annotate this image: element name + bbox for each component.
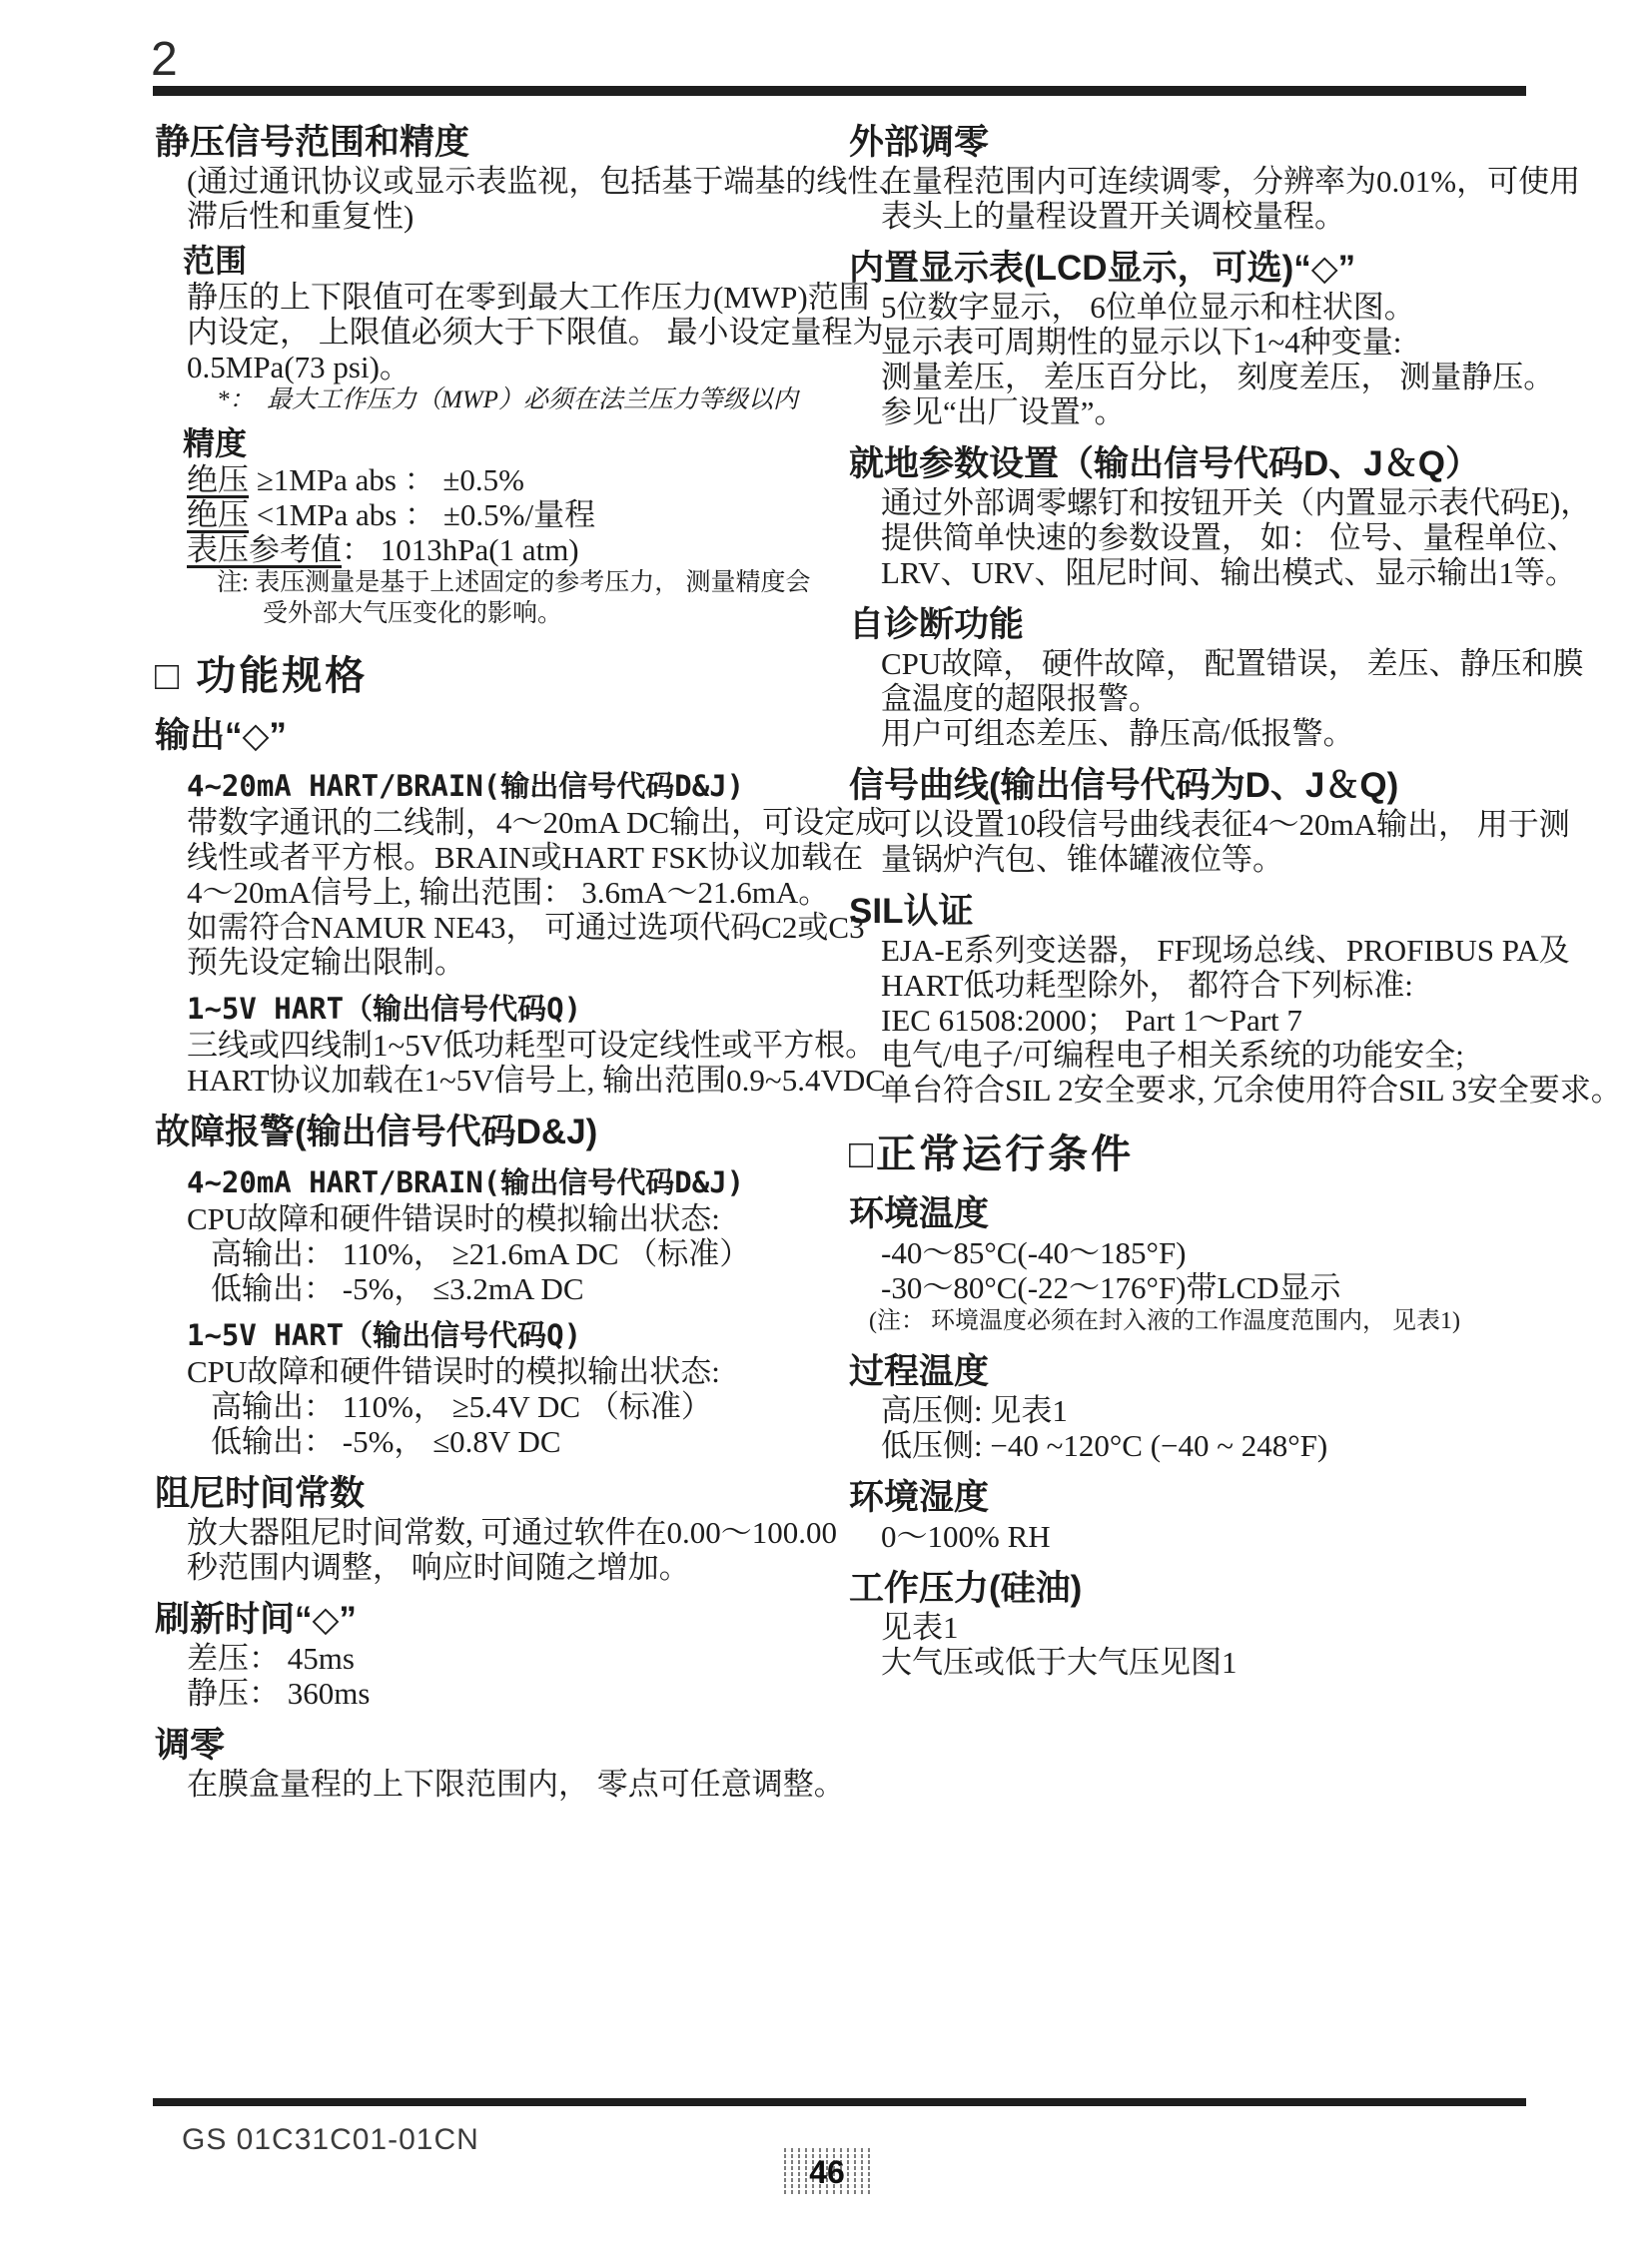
accuracy-term: 绝压 (187, 462, 249, 497)
body-line: 静压的上下限值可在零到最大工作压力(MWP)范围 (155, 280, 822, 315)
body-line: IEC 61508:2000； Part 1～Part 7 (849, 1003, 1560, 1038)
body-line: CPU故障和硬件错误时的模拟输出状态: (155, 1201, 822, 1236)
section-title-static-pressure: 静压信号范围和精度 (155, 122, 822, 164)
body-line: 表头上的量程设置开关调校量程。 (849, 199, 1560, 234)
section-title-self-diagnostics: 自诊断功能 (849, 604, 1560, 646)
document-page: 2 静压信号范围和精度 (通过通讯协议或显示表监视，包括基于端基的线性、 滞后性… (0, 0, 1652, 2242)
body-line: 可以设置10段信号曲线表征4～20mA输出， 用于测 (849, 807, 1560, 842)
accuracy-value: ≥1MPa abs ： ±0.5% (249, 462, 524, 497)
body-line: CPU故障和硬件错误时的模拟输出状态: (155, 1354, 822, 1389)
body-line: 预先设定输出限制。 (155, 945, 822, 980)
body-line: 在量程范围内可连续调零，分辨率为0.01%，可使用 (849, 164, 1560, 199)
subheading-output-420ma: 4~20mA HART/BRAIN(输出信号代码D&J) (155, 767, 822, 805)
body-line: CPU故障， 硬件故障， 配置错误， 差压、静压和膜 (849, 646, 1560, 681)
body-line: 秒范围内调整， 响应时间随之增加。 (155, 1550, 822, 1585)
body-line: 内设定， 上限值必须大于下限值。 最小设定量程为 (155, 315, 822, 350)
body-line: -30～80°C(-22～176°F)带LCD显示 (849, 1270, 1560, 1305)
body-line-low-output: 低输出： -5%， ≤3.2mA DC (155, 1271, 822, 1306)
body-line: 通过外部调零螺钉和按钮开关（内置显示表代码E)， (849, 485, 1560, 520)
body-line: 量锅炉汽包、锥体罐液位等。 (849, 842, 1560, 877)
section-title-indicator: 内置显示表(LCD显示，可选)“◇” (849, 248, 1560, 290)
accuracy-term: 绝压 (187, 497, 249, 532)
body-line-low-side: 低压侧: −40 ~120°C (−40 ~ 248°F) (849, 1428, 1560, 1463)
body-line: -40～85°C(-40～185°F) (849, 1235, 1560, 1270)
left-column: 静压信号范围和精度 (通过通讯协议或显示表监视，包括基于端基的线性、 滞后性和重… (155, 122, 822, 1802)
section-title-ambient-humidity: 环境湿度 (849, 1477, 1560, 1519)
subheading-burnout-420ma: 4~20mA HART/BRAIN(输出信号代码D&J) (155, 1163, 822, 1201)
body-line-high-side: 高压侧: 见表1 (849, 1393, 1560, 1428)
footer-rule (153, 2098, 1526, 2106)
accuracy-value: ： 1013hPa(1 atm) (342, 532, 579, 567)
body-line: HART协议加载在1~5V信号上, 输出范围0.9~5.4VDC (155, 1063, 822, 1098)
body-line: 见表1 (849, 1610, 1560, 1645)
body-line: 单台符合SIL 2安全要求, 冗余使用符合SIL 3安全要求。 (849, 1073, 1560, 1108)
section-title-damping: 阻尼时间常数 (155, 1473, 822, 1515)
right-column: 外部调零 在量程范围内可连续调零，分辨率为0.01%，可使用 表头上的量程设置开… (849, 122, 1560, 1680)
section-title-local-setting: 就地参数设置（输出信号代码D、J＆Q） (849, 443, 1560, 485)
body-line: (通过通讯协议或显示表监视，包括基于端基的线性、 (155, 164, 822, 199)
header-rule (153, 86, 1526, 96)
body-line: 带数字通讯的二线制，4～20mA DC输出，可设定成 (155, 805, 822, 840)
body-line: 盒温度的超限报警。 (849, 681, 1560, 716)
section-title-functional-spec: □ 功能规格 (155, 651, 822, 701)
accuracy-value: <1MPa abs ： ±0.5%/量程 (249, 497, 595, 532)
subheading-burnout-15v: 1~5V HART（输出信号代码Q) (155, 1316, 822, 1354)
body-line-low-output: 低输出： -5%， ≤0.8V DC (155, 1424, 822, 1459)
document-number: GS 01C31C01-01CN (182, 2125, 479, 2155)
section-title-process-temperature: 过程温度 (849, 1351, 1560, 1393)
subheading-output-15v: 1~5V HART（输出信号代码Q) (155, 990, 822, 1028)
subheading-range: 范围 (155, 242, 822, 280)
section-title-zero-adjust: 调零 (155, 1725, 822, 1767)
page-number-badge: 46 (784, 2148, 870, 2196)
body-line: HART低功耗型除外， 都符合下列标准: (849, 968, 1560, 1003)
body-line-dp-update: 差压： 45ms (155, 1641, 822, 1676)
accuracy-line: 绝压 <1MPa abs ： ±0.5%/量程 (155, 497, 822, 532)
body-line: 在膜盒量程的上下限范围内， 零点可任意调整。 (155, 1767, 822, 1802)
section-title-sil: SIL认证 (849, 891, 1560, 933)
body-line-high-output: 高输出： 110%， ≥21.6mA DC （标准） (155, 1236, 822, 1271)
body-line: 4～20mA信号上, 输出范围： 3.6mA～21.6mA。 (155, 875, 822, 910)
accuracy-line: 绝压 ≥1MPa abs ： ±0.5% (155, 462, 822, 497)
subheading-accuracy: 精度 (155, 424, 822, 462)
body-line: 5位数字显示， 6位单位显示和柱状图。 (849, 290, 1560, 325)
section-title-update-time: 刷新时间“◇” (155, 1599, 822, 1641)
section-title-working-pressure: 工作压力(硅油) (849, 1568, 1560, 1610)
body-line: 参见“出厂设置”。 (849, 394, 1560, 429)
body-line: 电气/电子/可编程电子相关系统的功能安全; (849, 1038, 1560, 1073)
accuracy-note-line: 受外部大气压变化的影响。 (155, 598, 822, 629)
body-line: 0～100% RH (849, 1519, 1560, 1554)
section-title-burnout: 故障报警(输出信号代码D&J) (155, 1112, 822, 1153)
body-line-high-output: 高输出： 110%， ≥5.4V DC （标准） (155, 1389, 822, 1424)
body-line: 放大器阻尼时间常数, 可通过软件在0.00～100.00 (155, 1515, 822, 1550)
section-title-ambient-temperature: 环境温度 (849, 1193, 1560, 1235)
body-line-sp-update: 静压： 360ms (155, 1676, 822, 1711)
body-line: LRV、URV、阻尼时间、输出模式、显示输出1等。 (849, 555, 1560, 590)
page-number: 46 (809, 2156, 845, 2188)
accuracy-note-line: 注: 表压测量是基于上述固定的参考压力， 测量精度会 (155, 567, 822, 598)
body-line: 如需符合NAMUR NE43， 可通过选项代码C2或C3 (155, 910, 822, 945)
section-title-external-zero: 外部调零 (849, 122, 1560, 164)
body-line: 三线或四线制1~5V低功耗型可设定线性或平方根。 (155, 1028, 822, 1063)
section-title-output: 输出“◇” (155, 715, 822, 757)
body-line: 大气压或低于大气压见图1 (849, 1645, 1560, 1680)
body-line: 用户可组态差压、静压高/低报警。 (849, 716, 1560, 751)
accuracy-term: 表压参考值 (187, 532, 342, 567)
body-line: 显示表可周期性的显示以下1~4种变量: (849, 325, 1560, 360)
body-line: EJA-E系列变送器， FF现场总线、PROFIBUS PA及 (849, 933, 1560, 968)
body-line: 滞后性和重复性) (155, 199, 822, 234)
section-title-signal-curve: 信号曲线(输出信号代码为D、J＆Q) (849, 765, 1560, 807)
section-title-normal-conditions: □正常运行条件 (849, 1129, 1560, 1179)
body-line: 0.5MPa(73 psi)。 (155, 350, 822, 384)
chapter-number: 2 (151, 36, 178, 84)
body-line: 测量差压， 差压百分比， 刻度差压， 测量静压。 (849, 360, 1560, 394)
ambient-temperature-note: (注： 环境温度必须在封入液的工作温度范围内， 见表1) (849, 1305, 1560, 1337)
body-line: 提供简单快速的参数设置， 如： 位号、量程单位、 (849, 520, 1560, 555)
body-line: 线性或者平方根。BRAIN或HART FSK协议加载在 (155, 840, 822, 875)
accuracy-line: 表压参考值： 1013hPa(1 atm) (155, 532, 822, 567)
footnote-mwp: *： 最大工作压力（MWP）必须在法兰压力等级以内 (155, 384, 822, 416)
